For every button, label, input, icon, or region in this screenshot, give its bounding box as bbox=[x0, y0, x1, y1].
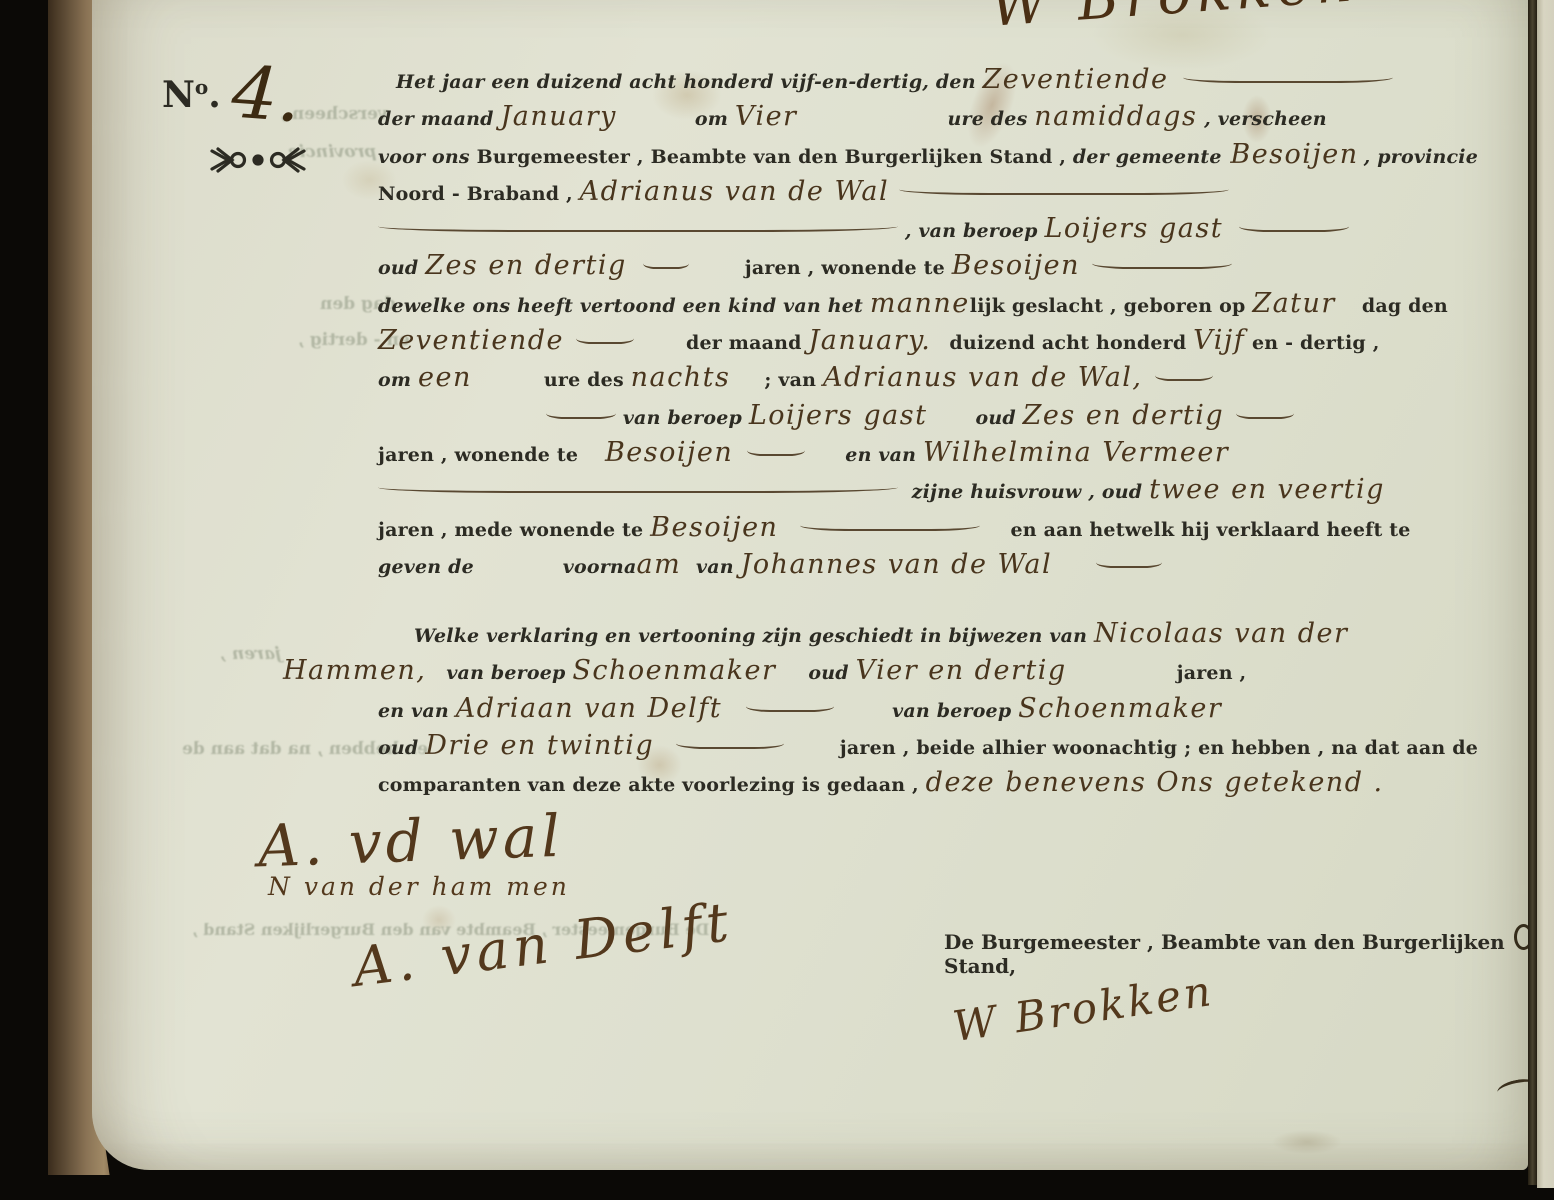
handwritten-entry: January bbox=[500, 103, 616, 130]
witness-line: en van Adriaan van Delftvan beroep Schoe… bbox=[378, 695, 1478, 732]
handwritten-entry: Zes en dertig bbox=[1023, 402, 1225, 429]
printed-text: oud bbox=[808, 662, 855, 684]
act-line: jaren , wonende te Besoijenen van Wilhel… bbox=[378, 439, 1478, 476]
ink-rule bbox=[800, 520, 980, 531]
printed-text: geven de bbox=[378, 556, 481, 578]
act-body-text: Het jaar een duizend acht honderd vijf-e… bbox=[378, 66, 1478, 588]
printed-text: en - dertig , bbox=[1245, 332, 1379, 354]
handwritten-entry: Adrianus van de Wal bbox=[580, 178, 889, 205]
ink-rule bbox=[546, 408, 616, 419]
handwritten-entry: Zeventiende bbox=[983, 66, 1169, 93]
printed-text: , van beroep bbox=[898, 220, 1044, 242]
handwritten-entry: Besoijen bbox=[605, 439, 733, 466]
record-number-handwritten: 4. bbox=[229, 50, 303, 139]
handwritten-entry: Besoijen bbox=[650, 514, 778, 541]
ink-rule bbox=[1092, 258, 1232, 269]
ink-rule bbox=[378, 221, 898, 232]
act-line: , van beroep Loijers gast bbox=[378, 215, 1478, 252]
handwritten-entry: een bbox=[418, 364, 472, 391]
printed-text: van beroep bbox=[616, 407, 749, 429]
printed-text: Welke verklaring en vertooning zijn gesc… bbox=[414, 625, 1094, 647]
printed-text: oud bbox=[975, 407, 1022, 429]
ink-rule bbox=[1239, 221, 1349, 232]
printed-text: Burgemeester , Beambte van den Burgerlij… bbox=[477, 146, 1073, 168]
ink-rule bbox=[746, 701, 834, 712]
printed-text: dag den bbox=[1362, 295, 1448, 317]
act-line: van beroep Loijers gastoud Zes en dertig bbox=[378, 402, 1478, 439]
bleedthrough-text: jaren , bbox=[220, 644, 281, 664]
printed-text: duizend acht honderd bbox=[949, 332, 1193, 354]
printer-ornament-icon bbox=[210, 146, 306, 178]
printed-text: der gemeente bbox=[1073, 146, 1229, 168]
act-line: geven de voornaam van Johannes van de Wa… bbox=[378, 551, 1478, 588]
printed-text: comparanten van deze akte voorlezing is … bbox=[378, 774, 926, 796]
printed-text: jaren , wonende te bbox=[745, 257, 952, 279]
handwritten-entry: Schoenmaker bbox=[1018, 695, 1222, 722]
act-line: om eenure des nachts; van Adrianus van d… bbox=[378, 364, 1478, 401]
handwritten-entry: am bbox=[636, 551, 681, 578]
handwritten-entry: Drie en twintig bbox=[425, 732, 654, 759]
printed-text: voorna bbox=[563, 556, 637, 578]
official-title: De Burgemeester , Beambte van den Burger… bbox=[944, 930, 1554, 978]
handwritten-entry: Zes en dertig bbox=[425, 252, 627, 279]
printed-text: Noord - Braband , bbox=[378, 183, 580, 205]
printed-text: om bbox=[378, 369, 418, 391]
handwritten-entry: Hammen, bbox=[283, 657, 426, 684]
handwritten-entry: Schoenmaker bbox=[572, 657, 776, 684]
act-line: zijne huisvrouw , oud twee en veertig bbox=[378, 476, 1478, 513]
witness-paragraph: Welke verklaring en vertooning zijn gesc… bbox=[378, 620, 1478, 806]
printed-text: voor ons bbox=[378, 146, 477, 168]
handwritten-entry: Nicolaas van der bbox=[1094, 620, 1348, 647]
handwritten-entry: Zeventiende bbox=[378, 327, 564, 354]
printed-text: zijne huisvrouw , oud bbox=[898, 481, 1149, 503]
scanned-birth-certificate: W Brokken verscheen , provincie dag den … bbox=[0, 0, 1554, 1200]
printed-text: dewelke ons heeft vertoond een kind van … bbox=[378, 295, 870, 317]
printed-text: Het jaar een duizend acht honderd vijf-e… bbox=[396, 71, 983, 93]
printed-text: en van bbox=[378, 700, 456, 722]
printed-text: ure des bbox=[947, 108, 1034, 130]
ink-rule bbox=[1096, 557, 1162, 568]
top-edge-partial-signature: W Brokken bbox=[988, 0, 1360, 40]
handwritten-entry: Johannes van de Wal bbox=[741, 551, 1053, 578]
act-line: Zeventiendeder maand January.duizend ach… bbox=[378, 327, 1478, 364]
act-line: dewelke ons heeft vertoond een kind van … bbox=[378, 290, 1478, 327]
printed-text: en aan hetwelk hij verklaard heeft te bbox=[1010, 519, 1410, 541]
ink-rule bbox=[378, 482, 898, 493]
paper-stain bbox=[1272, 1130, 1342, 1154]
printed-text: oud bbox=[378, 737, 425, 759]
handwritten-entry: Besoijen bbox=[1230, 141, 1358, 168]
printed-text: lijk geslacht , geboren op bbox=[970, 295, 1253, 317]
handwritten-entry: Wilhelmina Vermeer bbox=[923, 439, 1229, 466]
printed-text: jaren , beide alhier woonachtig ; en heb… bbox=[840, 737, 1478, 759]
record-number-label: No. bbox=[162, 74, 221, 116]
ink-rule bbox=[676, 738, 784, 749]
handwritten-entry: namiddags bbox=[1034, 103, 1197, 130]
ink-rule bbox=[1236, 408, 1294, 419]
printed-text: van bbox=[689, 556, 740, 578]
printed-text: jaren , mede wonende te bbox=[378, 519, 650, 541]
handwritten-entry: Adrianus van de Wal, bbox=[823, 364, 1143, 391]
handwritten-entry: Adriaan van Delft bbox=[456, 695, 722, 722]
printed-text: jaren , wonende te bbox=[378, 444, 585, 466]
witness-line: oud Drie en twintigjaren , beide alhier … bbox=[378, 732, 1478, 769]
handwritten-entry: Zatur bbox=[1252, 290, 1336, 317]
handwritten-entry: Vier en dertig bbox=[856, 657, 1067, 684]
record-number-sup: o bbox=[195, 75, 208, 99]
handwritten-entry: nachts bbox=[631, 364, 731, 391]
printed-text: ure des bbox=[544, 369, 631, 391]
act-line: oud Zes en dertigjaren , wonende te Beso… bbox=[378, 252, 1478, 289]
handwritten-entry: twee en veertig bbox=[1149, 476, 1385, 503]
ink-rule bbox=[576, 333, 634, 344]
printed-text: jaren , bbox=[1177, 662, 1247, 684]
act-line: der maand Januaryom Vierure des namiddag… bbox=[378, 103, 1478, 140]
ink-rule bbox=[747, 445, 805, 456]
handwritten-entry: Vijf bbox=[1193, 327, 1245, 354]
page-fold-gap bbox=[1528, 0, 1537, 1185]
ink-rule bbox=[1183, 72, 1393, 83]
printed-text: van beroep bbox=[892, 700, 1018, 722]
printed-text: der maand bbox=[378, 108, 500, 130]
printed-text: om bbox=[695, 108, 735, 130]
act-line: Noord - Braband , Adrianus van de Wal bbox=[378, 178, 1478, 215]
next-page-edge bbox=[1537, 0, 1554, 1188]
printed-text: en van bbox=[845, 444, 923, 466]
printed-text: der maand bbox=[686, 332, 808, 354]
signature-declarant: A. vd wal bbox=[257, 807, 565, 876]
act-line: Het jaar een duizend acht honderd vijf-e… bbox=[378, 66, 1478, 103]
ink-rule bbox=[899, 184, 1229, 195]
handwritten-entry: Loijers gast bbox=[1044, 215, 1223, 242]
handwritten-entry: Vier bbox=[735, 103, 798, 130]
act-line: voor ons Burgemeester , Beambte van den … bbox=[378, 141, 1478, 178]
ink-rule bbox=[1155, 370, 1213, 381]
signature-witness-1: N van der ham men bbox=[268, 874, 570, 899]
handwritten-entry: Loijers gast bbox=[749, 402, 928, 429]
printed-text: , provincie bbox=[1364, 146, 1478, 168]
handwritten-entry: January. bbox=[808, 327, 931, 354]
handwritten-entry: deze benevens Ons getekend . bbox=[926, 769, 1384, 796]
printed-text: van beroep bbox=[446, 662, 572, 684]
witness-line: comparanten van deze akte voorlezing is … bbox=[378, 769, 1478, 806]
printed-text: , verscheen bbox=[1197, 108, 1326, 130]
printed-text: ; van bbox=[764, 369, 823, 391]
handwritten-entry: manne bbox=[870, 290, 970, 317]
printed-text: oud bbox=[378, 257, 425, 279]
act-line: jaren , mede wonende te Besoijenen aan h… bbox=[378, 514, 1478, 551]
witness-line: Hammen,van beroep Schoenmakeroud Vier en… bbox=[283, 657, 1478, 694]
ink-rule bbox=[643, 258, 689, 269]
handwritten-entry: Besoijen bbox=[952, 252, 1080, 279]
witness-line: Welke verklaring en vertooning zijn gesc… bbox=[378, 620, 1478, 657]
